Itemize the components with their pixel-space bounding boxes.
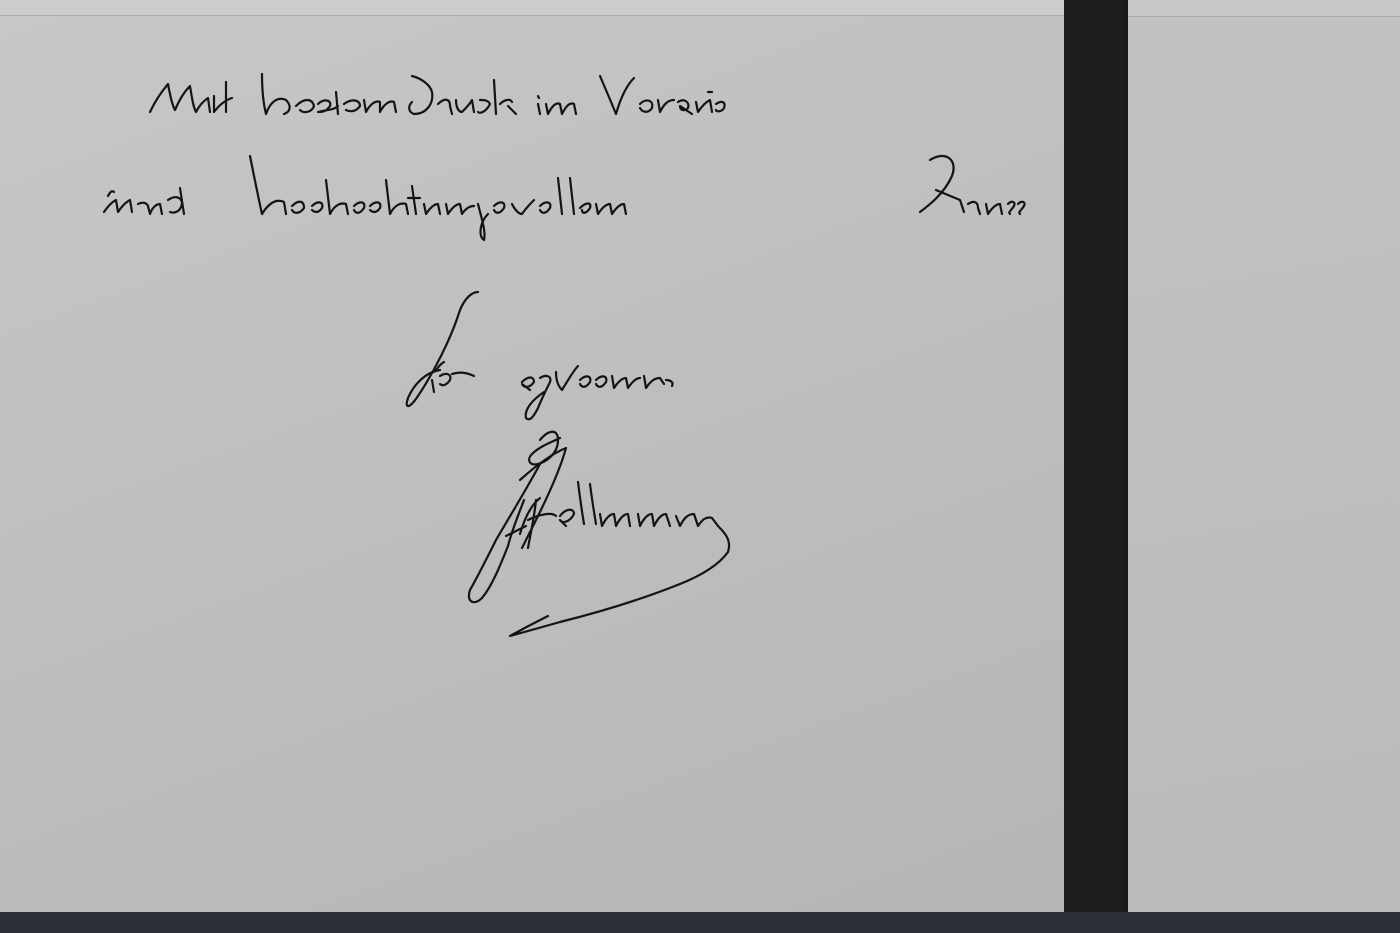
handwriting-strokes: [0, 0, 1400, 933]
